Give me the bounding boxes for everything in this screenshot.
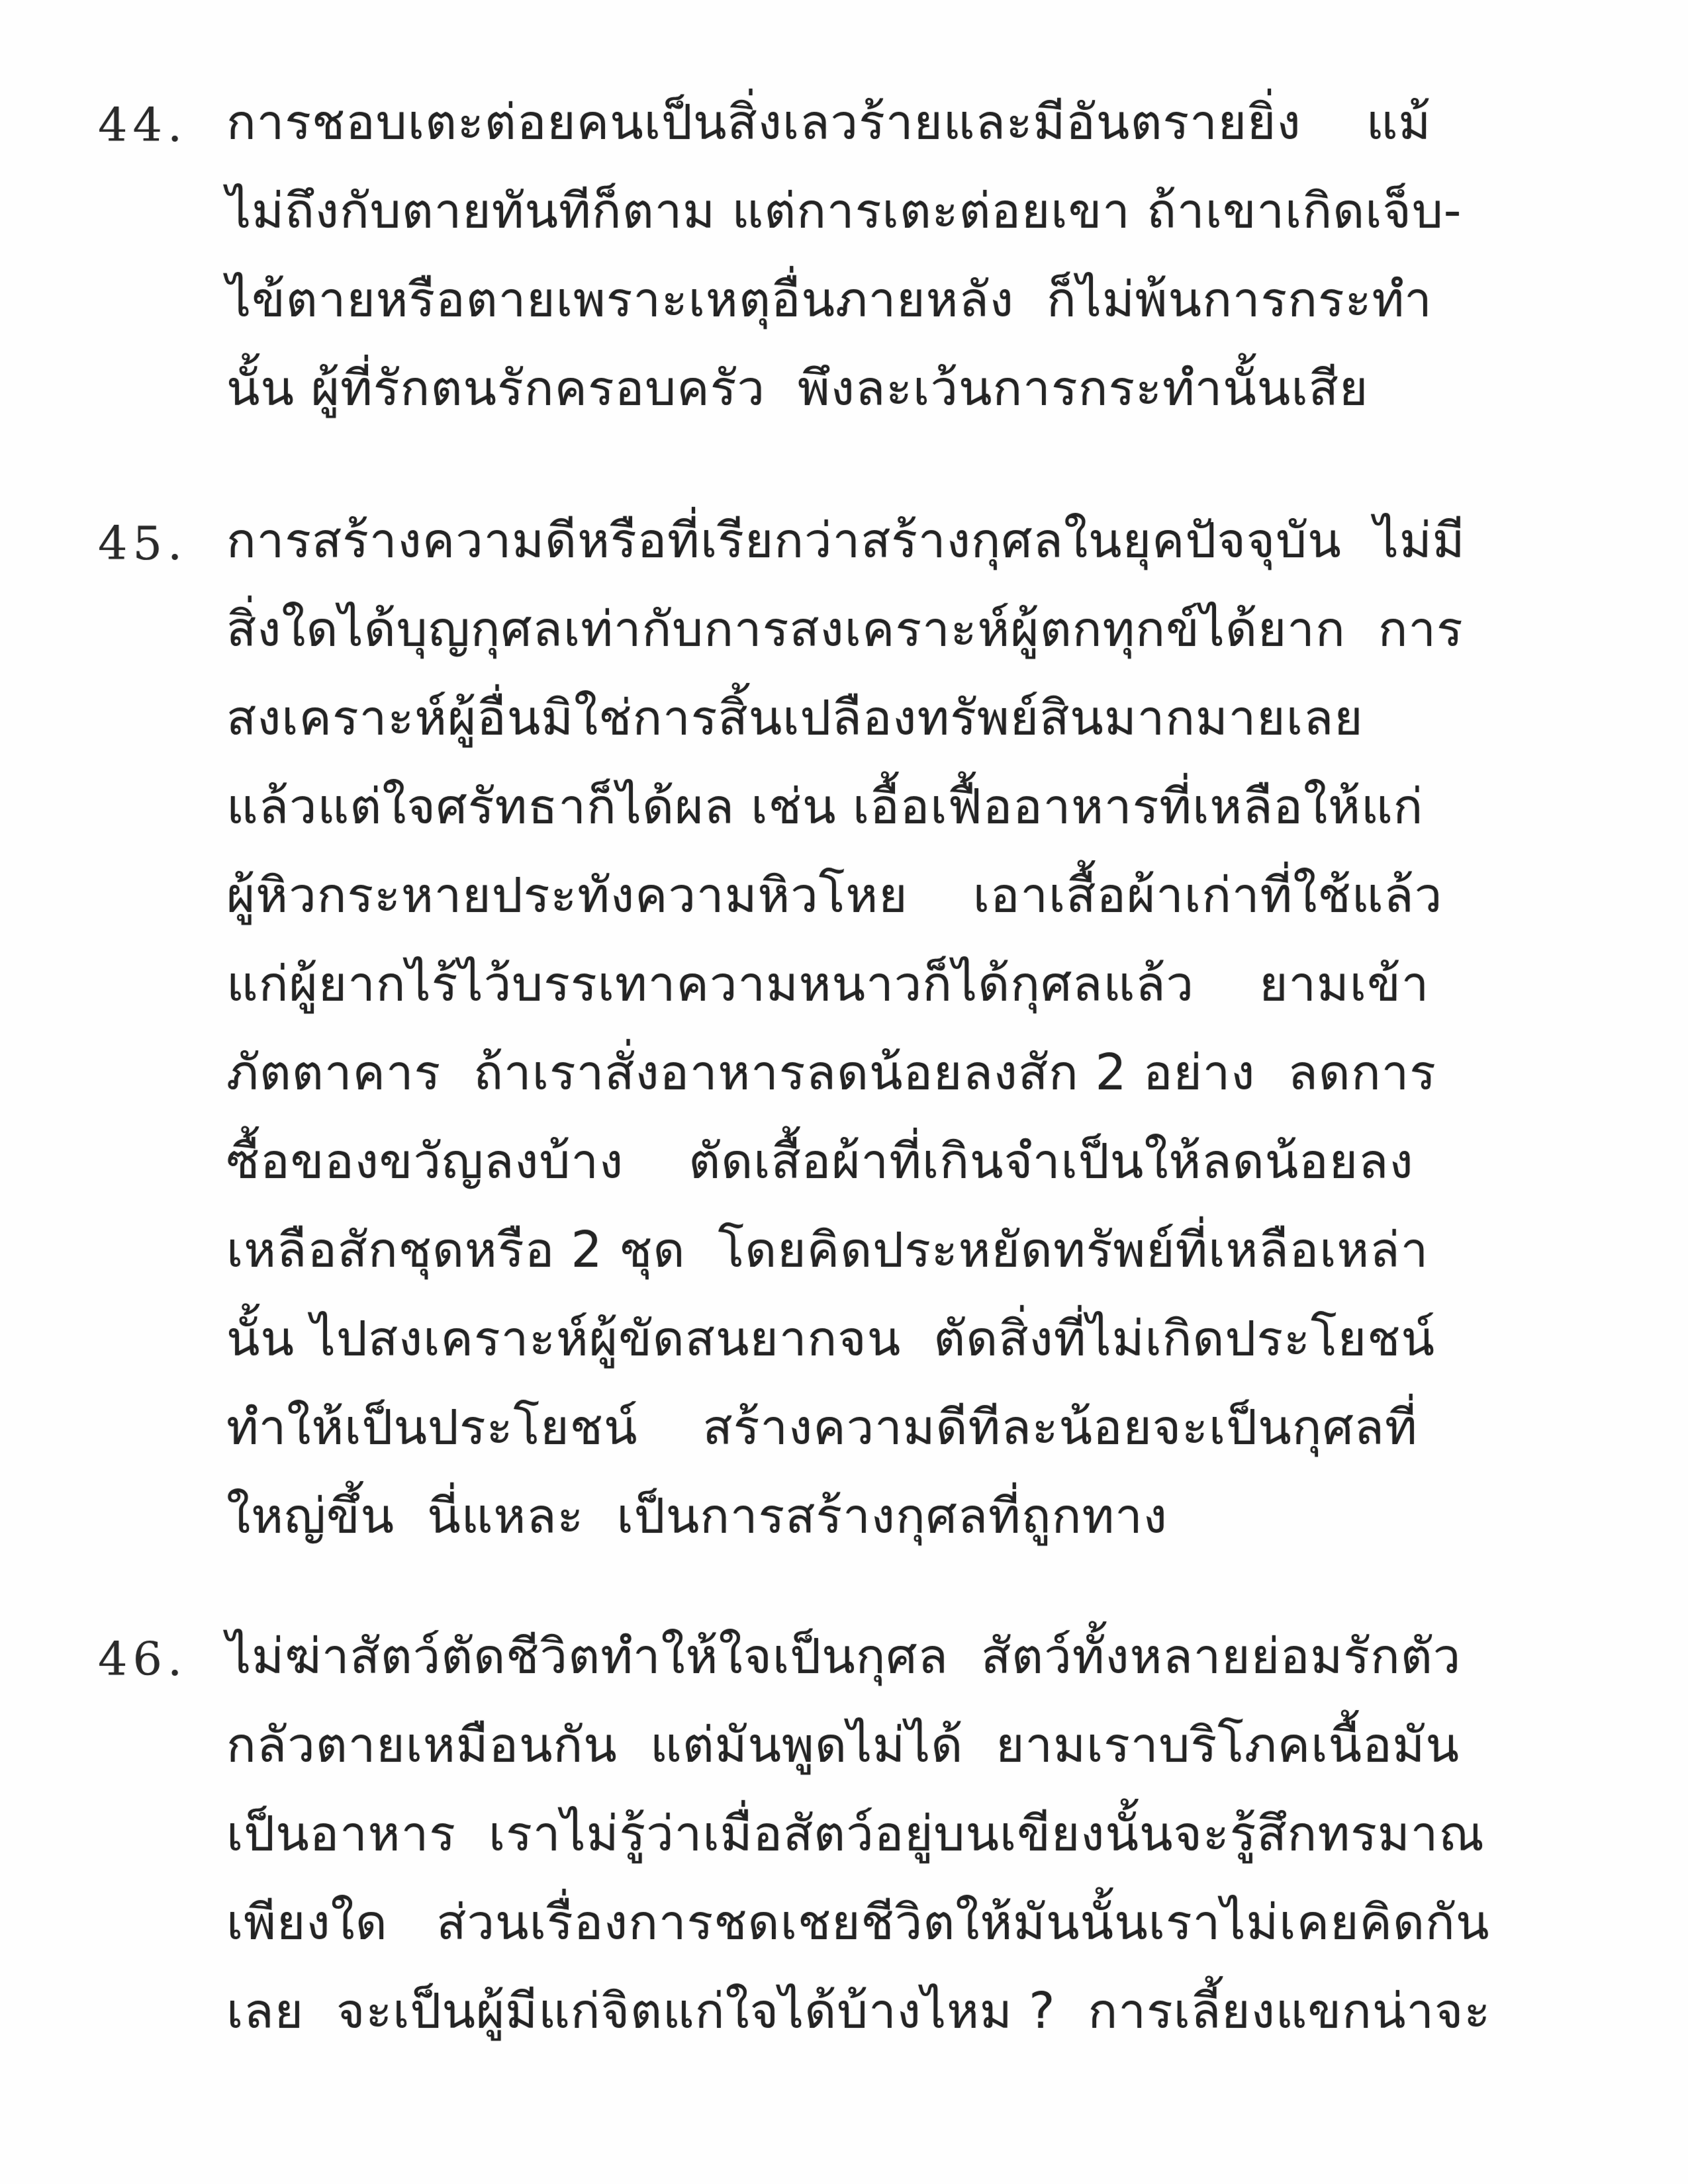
- text-line: ไม่ฆ่าสัตว์ตัดชีวิตทำให้ใจเป็นกุศล สัตว์…: [226, 1612, 1615, 1701]
- text-line: การสร้างความดีหรือที่เรียกว่าสร้างกุศลใน…: [226, 496, 1615, 585]
- text-line: การชอบเตะต่อยคนเป็นสิ่งเลวร้ายและมีอันตร…: [226, 78, 1615, 167]
- text-line: ซื้อของขวัญลงบ้าง ตัดเสื้อผ้าที่เกินจำเป…: [226, 1117, 1615, 1206]
- text-line: สิ่งใดได้บุญกุศลเท่ากับการสงเคราะห์ผู้ตก…: [226, 585, 1615, 674]
- item-number: 46.: [98, 1632, 187, 1686]
- document-page: 44. การชอบเตะต่อยคนเป็นสิ่งเลวร้ายและมีอ…: [0, 0, 1688, 2184]
- text-line: แก่ผู้ยากไร้ไว้บรรเทาความหนาวก็ได้กุศลแล…: [226, 940, 1615, 1028]
- text-line: ไข้ตายหรือตายเพราะเหตุอื่นภายหลัง ก็ไม่พ…: [226, 255, 1615, 344]
- paragraph-text: การสร้างความดีหรือที่เรียกว่าสร้างกุศลใน…: [226, 496, 1615, 1561]
- text-line: เป็นอาหาร เราไม่รู้ว่าเมื่อสัตว์อยู่บนเข…: [226, 1790, 1615, 1878]
- text-line: นั้น ไปสงเคราะห์ผู้ขัดสนยากจน ตัดสิ่งที่…: [226, 1295, 1615, 1383]
- text-line: ทำให้เป็นประโยชน์ สร้างความดีทีละน้อยจะเ…: [226, 1383, 1615, 1472]
- item-number: 44.: [98, 98, 187, 152]
- text-line: สงเคราะห์ผู้อื่นมิใช่การสิ้นเปลืองทรัพย์…: [226, 674, 1615, 762]
- paragraph-text: การชอบเตะต่อยคนเป็นสิ่งเลวร้ายและมีอันตร…: [226, 78, 1615, 433]
- numbered-paragraph-45: 45. การสร้างความดีหรือที่เรียกว่าสร้างกุ…: [0, 496, 1688, 1561]
- text-line: ผู้หิวกระหายประทังความหิวโหย เอาเสื้อผ้า…: [226, 851, 1615, 940]
- paragraph-text: ไม่ฆ่าสัตว์ตัดชีวิตทำให้ใจเป็นกุศล สัตว์…: [226, 1612, 1615, 2056]
- text-line: เพียงใด ส่วนเรื่องการชดเชยชีวิตให้มันนั้…: [226, 1878, 1615, 1967]
- text-line: ภัตตาคาร ถ้าเราสั่งอาหารลดน้อยลงสัก 2 อย…: [226, 1028, 1615, 1117]
- text-line: เลย จะเป็นผู้มีแก่จิตแก่ใจได้บ้างไหม ? ก…: [226, 1967, 1615, 2056]
- item-number: 45.: [98, 516, 187, 570]
- text-line: ไม่ถึงกับตายทันทีก็ตาม แต่การเตะต่อยเขา …: [226, 167, 1615, 255]
- text-line: เหลือสักชุดหรือ 2 ชุด โดยคิดประหยัดทรัพย…: [226, 1206, 1615, 1295]
- numbered-paragraph-44: 44. การชอบเตะต่อยคนเป็นสิ่งเลวร้ายและมีอ…: [0, 78, 1688, 433]
- text-line: ใหญ่ขึ้น นี่แหละ เป็นการสร้างกุศลที่ถูกท…: [226, 1472, 1615, 1561]
- numbered-paragraph-46: 46. ไม่ฆ่าสัตว์ตัดชีวิตทำให้ใจเป็นกุศล ส…: [0, 1612, 1688, 2056]
- text-line: กลัวตายเหมือนกัน แต่มันพูดไม่ได้ ยามเราบ…: [226, 1701, 1615, 1790]
- text-line: แล้วแต่ใจศรัทธาก็ได้ผล เช่น เอื้อเฟื้ออา…: [226, 762, 1615, 851]
- text-line: นั้น ผู้ที่รักตนรักครอบครัว พึงละเว้นการ…: [226, 344, 1615, 433]
